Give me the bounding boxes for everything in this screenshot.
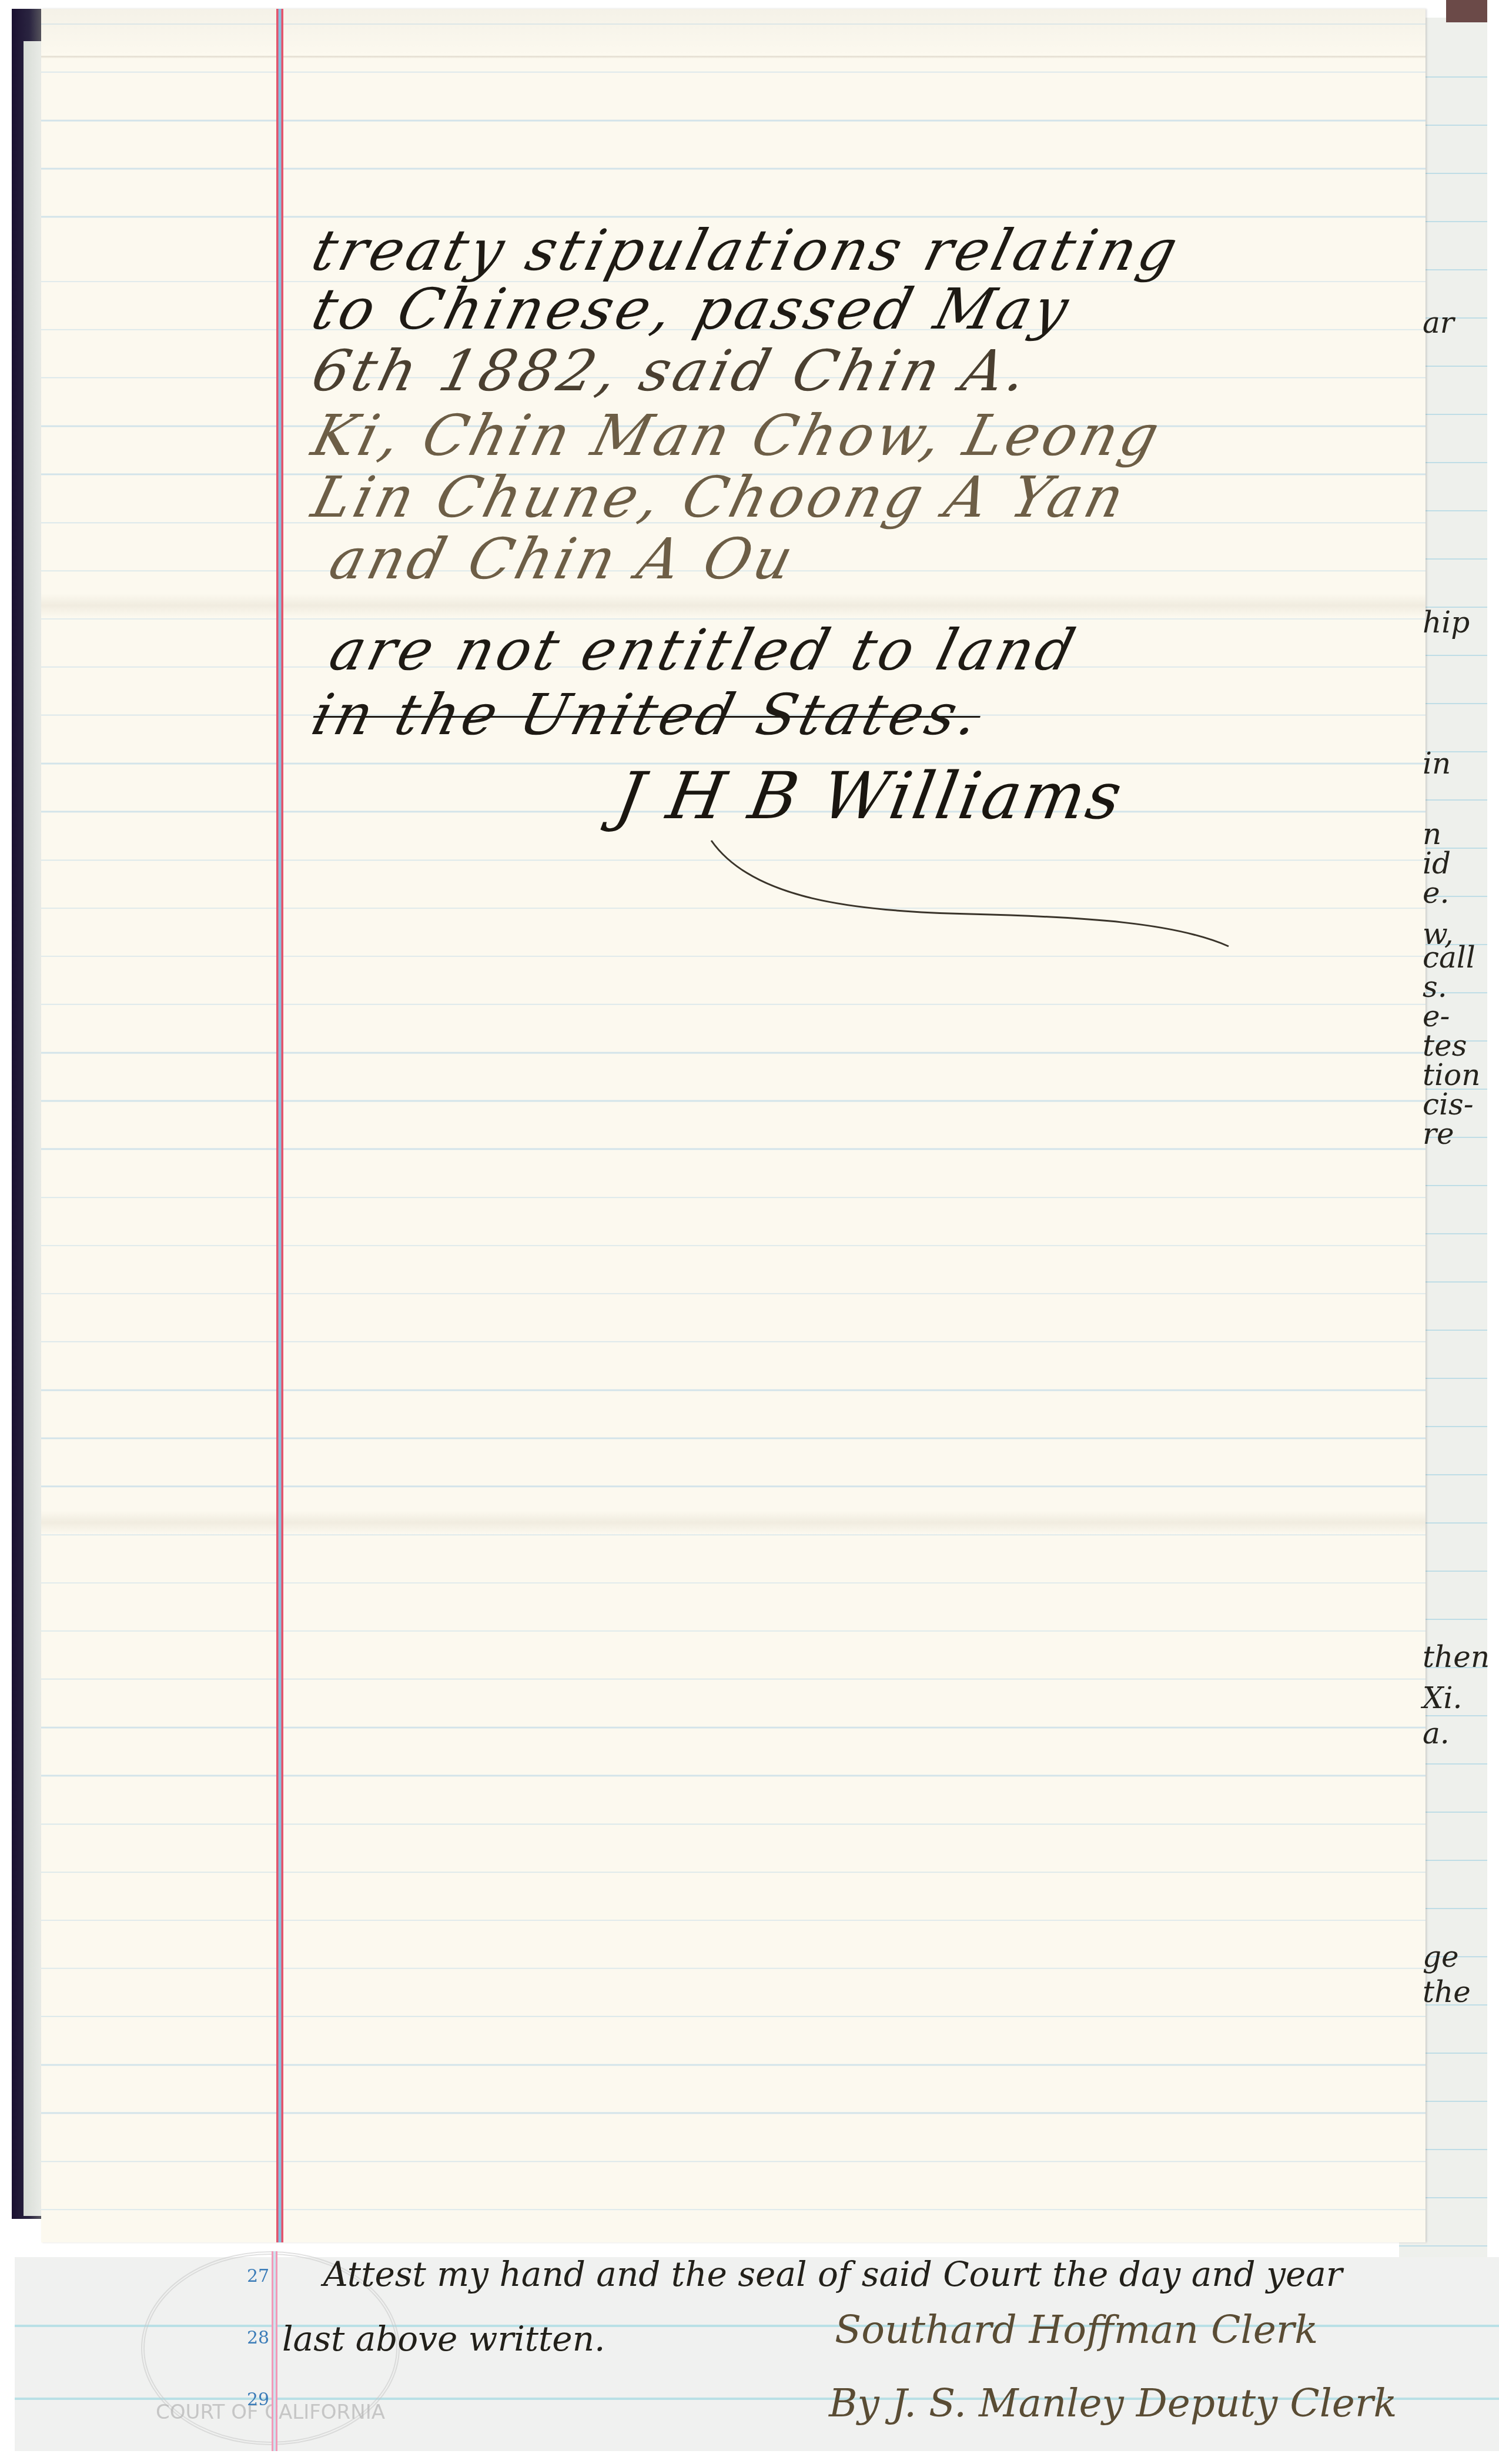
top-fold-line <box>41 56 1426 58</box>
body-line: 6th 1882, said Chin A. <box>306 338 1038 404</box>
signature: J H B Williams <box>611 758 1130 833</box>
text-fragment: in <box>1423 746 1451 781</box>
line-number: 27 <box>247 2266 269 2286</box>
line-number: 29 <box>247 2389 269 2410</box>
text-fragment: the <box>1423 1975 1471 2009</box>
body-line: in the United States. <box>306 682 989 748</box>
margin-rule <box>276 9 283 2242</box>
signature-flourish <box>705 835 1234 952</box>
paper-crease <box>41 594 1426 617</box>
line-number: 28 <box>247 2328 269 2348</box>
ledger-margin-rule <box>272 2251 277 2451</box>
text-fragment: hip <box>1423 605 1470 640</box>
body-line: treaty stipulations relating <box>306 217 1187 283</box>
attestation-line: Attest my hand and the seal of said Cour… <box>323 2254 1343 2294</box>
attestation-line: last above written. <box>282 2319 605 2359</box>
underlying-page-text: ar hip in n id e. w, call s. e- tes tion… <box>1423 0 1493 2292</box>
text-fragment: e. <box>1423 876 1449 910</box>
body-line: to Chinese, passed May <box>306 276 1078 342</box>
text-fragment: ar <box>1423 306 1454 340</box>
text-fragment: Xi. <box>1423 1681 1462 1715</box>
text-fragment: a. <box>1423 1716 1450 1750</box>
text-fragment: re <box>1423 1117 1454 1151</box>
deputy-clerk-signature: By J. S. Manley Deputy Clerk <box>829 2381 1397 2426</box>
clerk-signature: Southard Hoffman Clerk <box>835 2307 1318 2352</box>
paper-crease <box>41 1511 1426 1534</box>
text-fragment: ge <box>1423 1940 1459 1974</box>
body-line: and Chin A Ou <box>323 526 803 592</box>
text-fragment: then <box>1423 1640 1490 1674</box>
body-line: Ki, Chin Man Chow, Leong <box>306 403 1169 468</box>
body-line: are not entitled to land <box>323 617 1085 683</box>
body-line: Lin Chune, Choong A Yan <box>306 464 1134 530</box>
